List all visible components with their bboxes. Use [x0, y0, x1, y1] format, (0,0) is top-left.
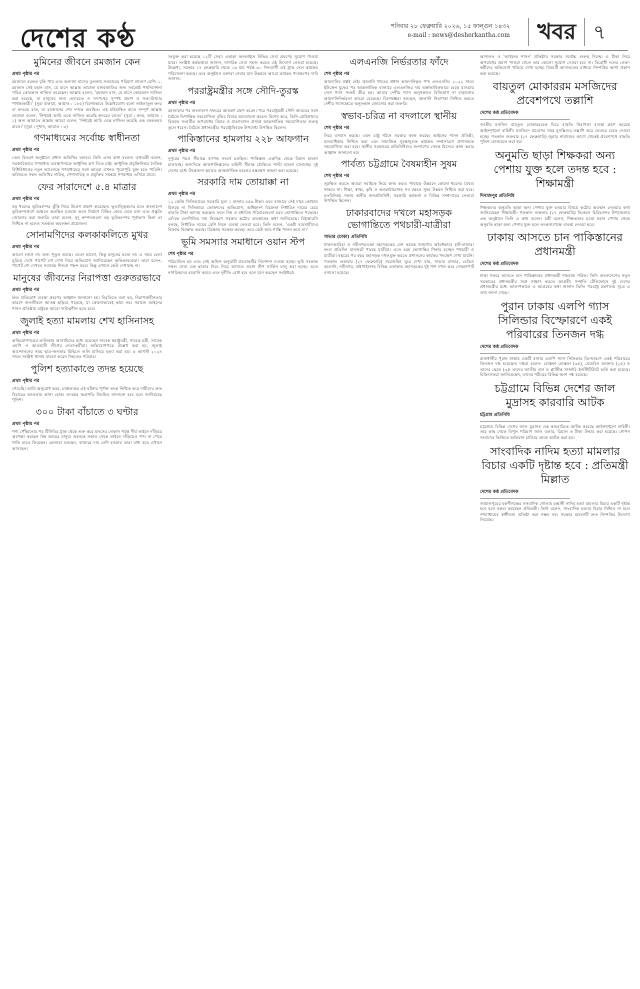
news-article: ফের সারাদেশে ৫.৪ মাত্রারপ্রথম পৃষ্ঠার পর… [12, 182, 162, 226]
news-article: এলএনজি নির্ভরতার ফাঁদেশেষ পৃষ্ঠার পরআমদা… [324, 57, 474, 107]
article-headline: মুমিনের জীবনে রমজান কেন [12, 57, 162, 69]
news-article: পুলিশ হত্যাকাণ্ডে তদন্ত হয়েছেপ্রথম পৃষ্… [12, 364, 162, 403]
article-body: নিয়ে বসবাস করছে। এমন রাষ্ট্র গঠনে সরকার… [324, 133, 474, 155]
article-continuation: প্রথম পৃষ্ঠার পর [12, 147, 162, 154]
news-article: ঢাকারবাদের দখলে মহাসড়ক ভোগান্তিতে পথচার… [324, 208, 474, 276]
article-headline: পাকিস্তানের হামলায় ২২৮ আফগান [168, 134, 318, 146]
article-body: চট্টগ্রামে বিভিন্ন দেশের জাল মুদ্রাসহ এক… [480, 424, 630, 441]
article-headline: মানুষের জীবনের নিরাপত্তা গুরুতরভাবে [12, 273, 162, 285]
article-continuation: প্রথম পৃষ্ঠার পর [12, 71, 162, 78]
news-article: ভূমি সমস্যার সমাধানে ওয়ান স্টপশেষ পৃষ্ঠ… [168, 237, 318, 276]
article-headline: বায়তুল মোকাররম মসজিদের প্রবেশপথে তল্লাশ… [480, 80, 630, 108]
masthead: দেশের কণ্ঠ শনিবার ২৮ ফেব্রুয়ারি ২০২৬, ১… [12, 18, 628, 48]
article-body: দুপুরের পরও সীমান্তে ব্যাপক সংঘর্ষ চলছিল… [168, 156, 318, 173]
article-continuation: প্রথম পৃষ্ঠার পর [12, 287, 162, 294]
article-continuation: প্রথম পৃষ্ঠার পর [168, 191, 318, 198]
article-continuation: প্রথম পৃষ্ঠার পর [12, 421, 162, 428]
article-headline: স্বভাব-চরিত্র না বদলালে স্থানীয় [324, 111, 474, 123]
article-headline: পার্বত্য চট্টগ্রামে বৈষম্যহীন সুষম [324, 159, 474, 171]
article-continuation: প্রথম পৃষ্ঠার পর [12, 196, 162, 203]
news-article: পার্বত্য চট্টগ্রামে বৈষম্যহীন সুষমশেষ পৃ… [324, 159, 474, 203]
page-number: ৭ [584, 18, 606, 46]
article-byline: দেশের কণ্ঠ প্রতিবেদক [480, 261, 570, 271]
news-article: সরকারি দাম তোয়াক্কা নাপ্রথম পৃষ্ঠার পর১… [168, 177, 318, 233]
article-body: বড় ধরনের ভূমিকম্পের ঝুঁকি নিয়ে উদ্বেগ … [12, 204, 162, 226]
article-body: পেয়েছি। আমি অনুরোধ করব, চাঞ্চল্যকর এই ঘ… [12, 386, 162, 403]
article-headline: গণমাধ্যমের সর্বোচ্চ স্বাধীনতা [12, 133, 162, 145]
article-byline: দেশের কণ্ঠ প্রতিবেদক [480, 489, 570, 499]
news-article: সোনামণিদের কলকাকলিতে মুখরপ্রথম পৃষ্ঠার প… [12, 230, 162, 269]
column-1: মুমিনের জীবনে রমজান কেনপ্রথম পৃষ্ঠার পরর… [12, 54, 162, 983]
article-body: ঢাকা-আরিচা ও নবীনগর-চন্দ্রা মহাসড়কের বে… [324, 242, 474, 276]
news-article: মুমিনের জীবনে রমজান কেনপ্রথম পৃষ্ঠার পরর… [12, 57, 162, 129]
article-body: জাতীয় মসজিদ বায়তুল মোকাররমকে ঘিরে বাড়… [480, 122, 630, 144]
article-body: অভিযোগপত্রের তালিকায় আসামিদের মধ্যে রয়… [12, 338, 162, 360]
article-body: পরিচালিত হয় এবং সেই অফিস অনুযায়ী প্রতো… [168, 259, 318, 276]
article-body: সুরক্ষিত করতে আমরা সবাইকে নিয়ে কাজ করব।… [324, 181, 474, 203]
dateline: শনিবার ২৮ ফেব্রুয়ারি ২০২৬, ১৫ ফাল্গুন ১… [391, 22, 510, 40]
article-continuation: শেষ পৃষ্ঠার পর [168, 251, 318, 258]
news-article: ৩০০ টাকা বাঁচাতে ৩ ঘণ্টারপ্রথম পৃষ্ঠার প… [12, 407, 162, 451]
article-body: ঢাকা সফরে আসতে চান পাকিস্তানের প্রধানমন্… [480, 273, 630, 295]
article-body: রমজানের পর বাংলাদেশ সফরের আমন্ত্রণ গ্রহণ… [168, 108, 318, 130]
article-byline: চট্টগ্রাম প্রতিনিধি [480, 412, 570, 422]
news-article: পাকিস্তানের হামলায় ২২৮ আফগানপ্রথম পৃষ্ঠ… [168, 134, 318, 173]
article-byline: দিনাজপুর প্রতিনিধি [480, 193, 570, 203]
article-headline: জুলাই হত্যা মামলায় শেখ হাসিনাসহ [12, 316, 162, 328]
article-continuation: শেষ পৃষ্ঠার পর [324, 125, 474, 132]
article-body: পণ্য পৌঁছানোর পর টিসিবির ট্রাক থেকে শুরু… [12, 429, 162, 451]
article-continuation: শেষ পৃষ্ঠার পর [324, 173, 474, 180]
article-continuation: প্রথম পৃষ্ঠার পর [168, 100, 318, 107]
news-article: অনুমতি ছাড়া শিক্ষকরা অন্য পেশায় যুক্ত … [480, 149, 630, 227]
article-headline: ফের সারাদেশে ৫.৪ মাত্রার [12, 182, 162, 194]
article-headline: সরকারি দাম তোয়াক্কা না [168, 177, 318, 189]
news-article: বায়তুল মোকাররম মসজিদের প্রবেশপথে তল্লাশ… [480, 80, 630, 144]
column-2: সংযুক্ত করা হয়েছে ১২টি সেবা। এছাড়া অনল… [168, 54, 318, 983]
news-article: চট্টগ্রামে বিভিন্ন দেশের জাল মুদ্রাসহ কা… [480, 382, 630, 441]
article-byline: দেশের কণ্ঠ প্রতিবেদক [480, 344, 570, 354]
email-address: e-mail : news@desherkantha.com [391, 31, 510, 40]
article-headline: পুরান ঢাকায় এলপি গ্যাস সিলিন্ডার বিস্ফো… [480, 300, 630, 342]
article-continuation: প্রথম পৃষ্ঠার পর [12, 244, 162, 251]
news-article: সংযুক্ত করা হয়েছে ১২টি সেবা। এছাড়া অনল… [168, 54, 318, 82]
article-continuation: প্রথম পৃষ্ঠার পর [168, 148, 318, 155]
news-article: পররাষ্ট্রমন্ত্রীর সঙ্গে সৌদি-তুরস্কপ্রথম… [168, 86, 318, 130]
article-body: দ্রুত প্রতিরোধ ব্যবস্থা গ্রহণের আহ্বান জ… [12, 295, 162, 312]
news-article: স্বভাব-চরিত্র না বদলালে স্থানীয়শেষ পৃষ্… [324, 111, 474, 155]
article-headline: সোনামণিদের কলকাকলিতে মুখর [12, 230, 162, 242]
news-article: জুলাই হত্যা মামলায় শেখ হাসিনাসহপ্রথম পৃ… [12, 316, 162, 360]
article-headline: এলএনজি নির্ভরতার ফাঁদে [324, 57, 474, 69]
article-body: আমদানির প্রশ্নই নেই। জ্বালানি খাতের প্রধ… [324, 79, 474, 107]
article-headline: ৩০০ টাকা বাঁচাতে ৩ ঘণ্টার [12, 407, 162, 419]
news-article: আদালত ও 'আইনের শাসন' প্রতিষ্ঠায় সরকার স… [480, 54, 630, 76]
article-body: তেল বিতরণ অনুষ্ঠানে প্রধান অতিথির বক্তব্… [12, 155, 162, 177]
article-body: শিক্ষকদের অনুমতি ছাড়া অন্য পেশায় যুক্ত… [480, 205, 630, 227]
article-headline: পররাষ্ট্রমন্ত্রীর সঙ্গে সৌদি-তুরস্ক [168, 86, 318, 98]
article-headline: চট্টগ্রামে বিভিন্ন দেশের জাল মুদ্রাসহ কা… [480, 382, 630, 410]
article-body: ১২ কেজি সিলিন্ডারের সরকারি মূল্য ১ হাজার… [168, 199, 318, 233]
publication-date: শনিবার ২৮ ফেব্রুয়ারি ২০২৬, ১৫ ফাল্গুন ১… [391, 22, 510, 31]
news-article: ঢাকায় আসতে চান পাকিস্তানের প্রধানমন্ত্র… [480, 231, 630, 295]
article-body: সংযুক্ত করা হয়েছে ১২টি সেবা। এছাড়া অনল… [168, 54, 318, 82]
article-continuation: শেষ পৃষ্ঠার পর [324, 71, 474, 78]
article-headline: ঢাকারবাদের দখলে মহাসড়ক ভোগান্তিতে পথচার… [324, 208, 474, 232]
article-body: রমজানে বরকত বৃদ্ধি পায় এবং অন্যান্য মাস… [12, 79, 162, 129]
article-headline: সাংবাদিক নাদিম হত্যা মামলার বিচার একটি দ… [480, 445, 630, 487]
article-continuation: প্রথম পৃষ্ঠার পর [12, 378, 162, 385]
article-continuation: প্রথম পৃষ্ঠার পর [12, 330, 162, 337]
header-rule [12, 50, 628, 51]
article-headline: পুলিশ হত্যাকাণ্ডে তদন্ত হয়েছে [12, 364, 162, 376]
news-article: গণমাধ্যমের সর্বোচ্চ স্বাধীনতাপ্রথম পৃষ্ঠ… [12, 133, 162, 177]
column-4: আদালত ও 'আইনের শাসন' প্রতিষ্ঠায় সরকার স… [480, 54, 630, 983]
article-headline: অনুমতি ছাড়া শিক্ষকরা অন্য পেশায় যুক্ত … [480, 149, 630, 191]
news-article: সাংবাদিক নাদিম হত্যা মামলার বিচার একটি দ… [480, 445, 630, 523]
article-body: রাজধানীর পুরান ঢাকায় একটি বাসায় এলপি গ… [480, 356, 630, 378]
section-name: খবর [528, 18, 576, 46]
article-headline: ভূমি সমস্যার সমাধানে ওয়ান স্টপ [168, 237, 318, 249]
column-3: এলএনজি নির্ভরতার ফাঁদেশেষ পৃষ্ঠার পরআমদা… [324, 54, 474, 983]
article-body: আলো লাগে না। অন্য পুতুল আছে। এতো ভালো, ক… [12, 252, 162, 269]
article-headline: ঢাকায় আসতে চান পাকিস্তানের প্রধানমন্ত্র… [480, 231, 630, 259]
article-continuation: সাভার (ঢাকা) প্রতিনিধি [324, 234, 474, 241]
article-byline: দেশের কণ্ঠ প্রতিবেদক [480, 110, 570, 120]
news-article: মানুষের জীবনের নিরাপত্তা গুরুতরভাবেপ্রথম… [12, 273, 162, 312]
news-article: পুরান ঢাকায় এলপি গ্যাস সিলিন্ডার বিস্ফো… [480, 300, 630, 378]
article-body: জামালপুরের বকশীগঞ্জের সাংবাদিক গোলাম রব্… [480, 501, 630, 523]
article-body: আদালত ও 'আইনের শাসন' প্রতিষ্ঠায় সরকার স… [480, 54, 630, 76]
